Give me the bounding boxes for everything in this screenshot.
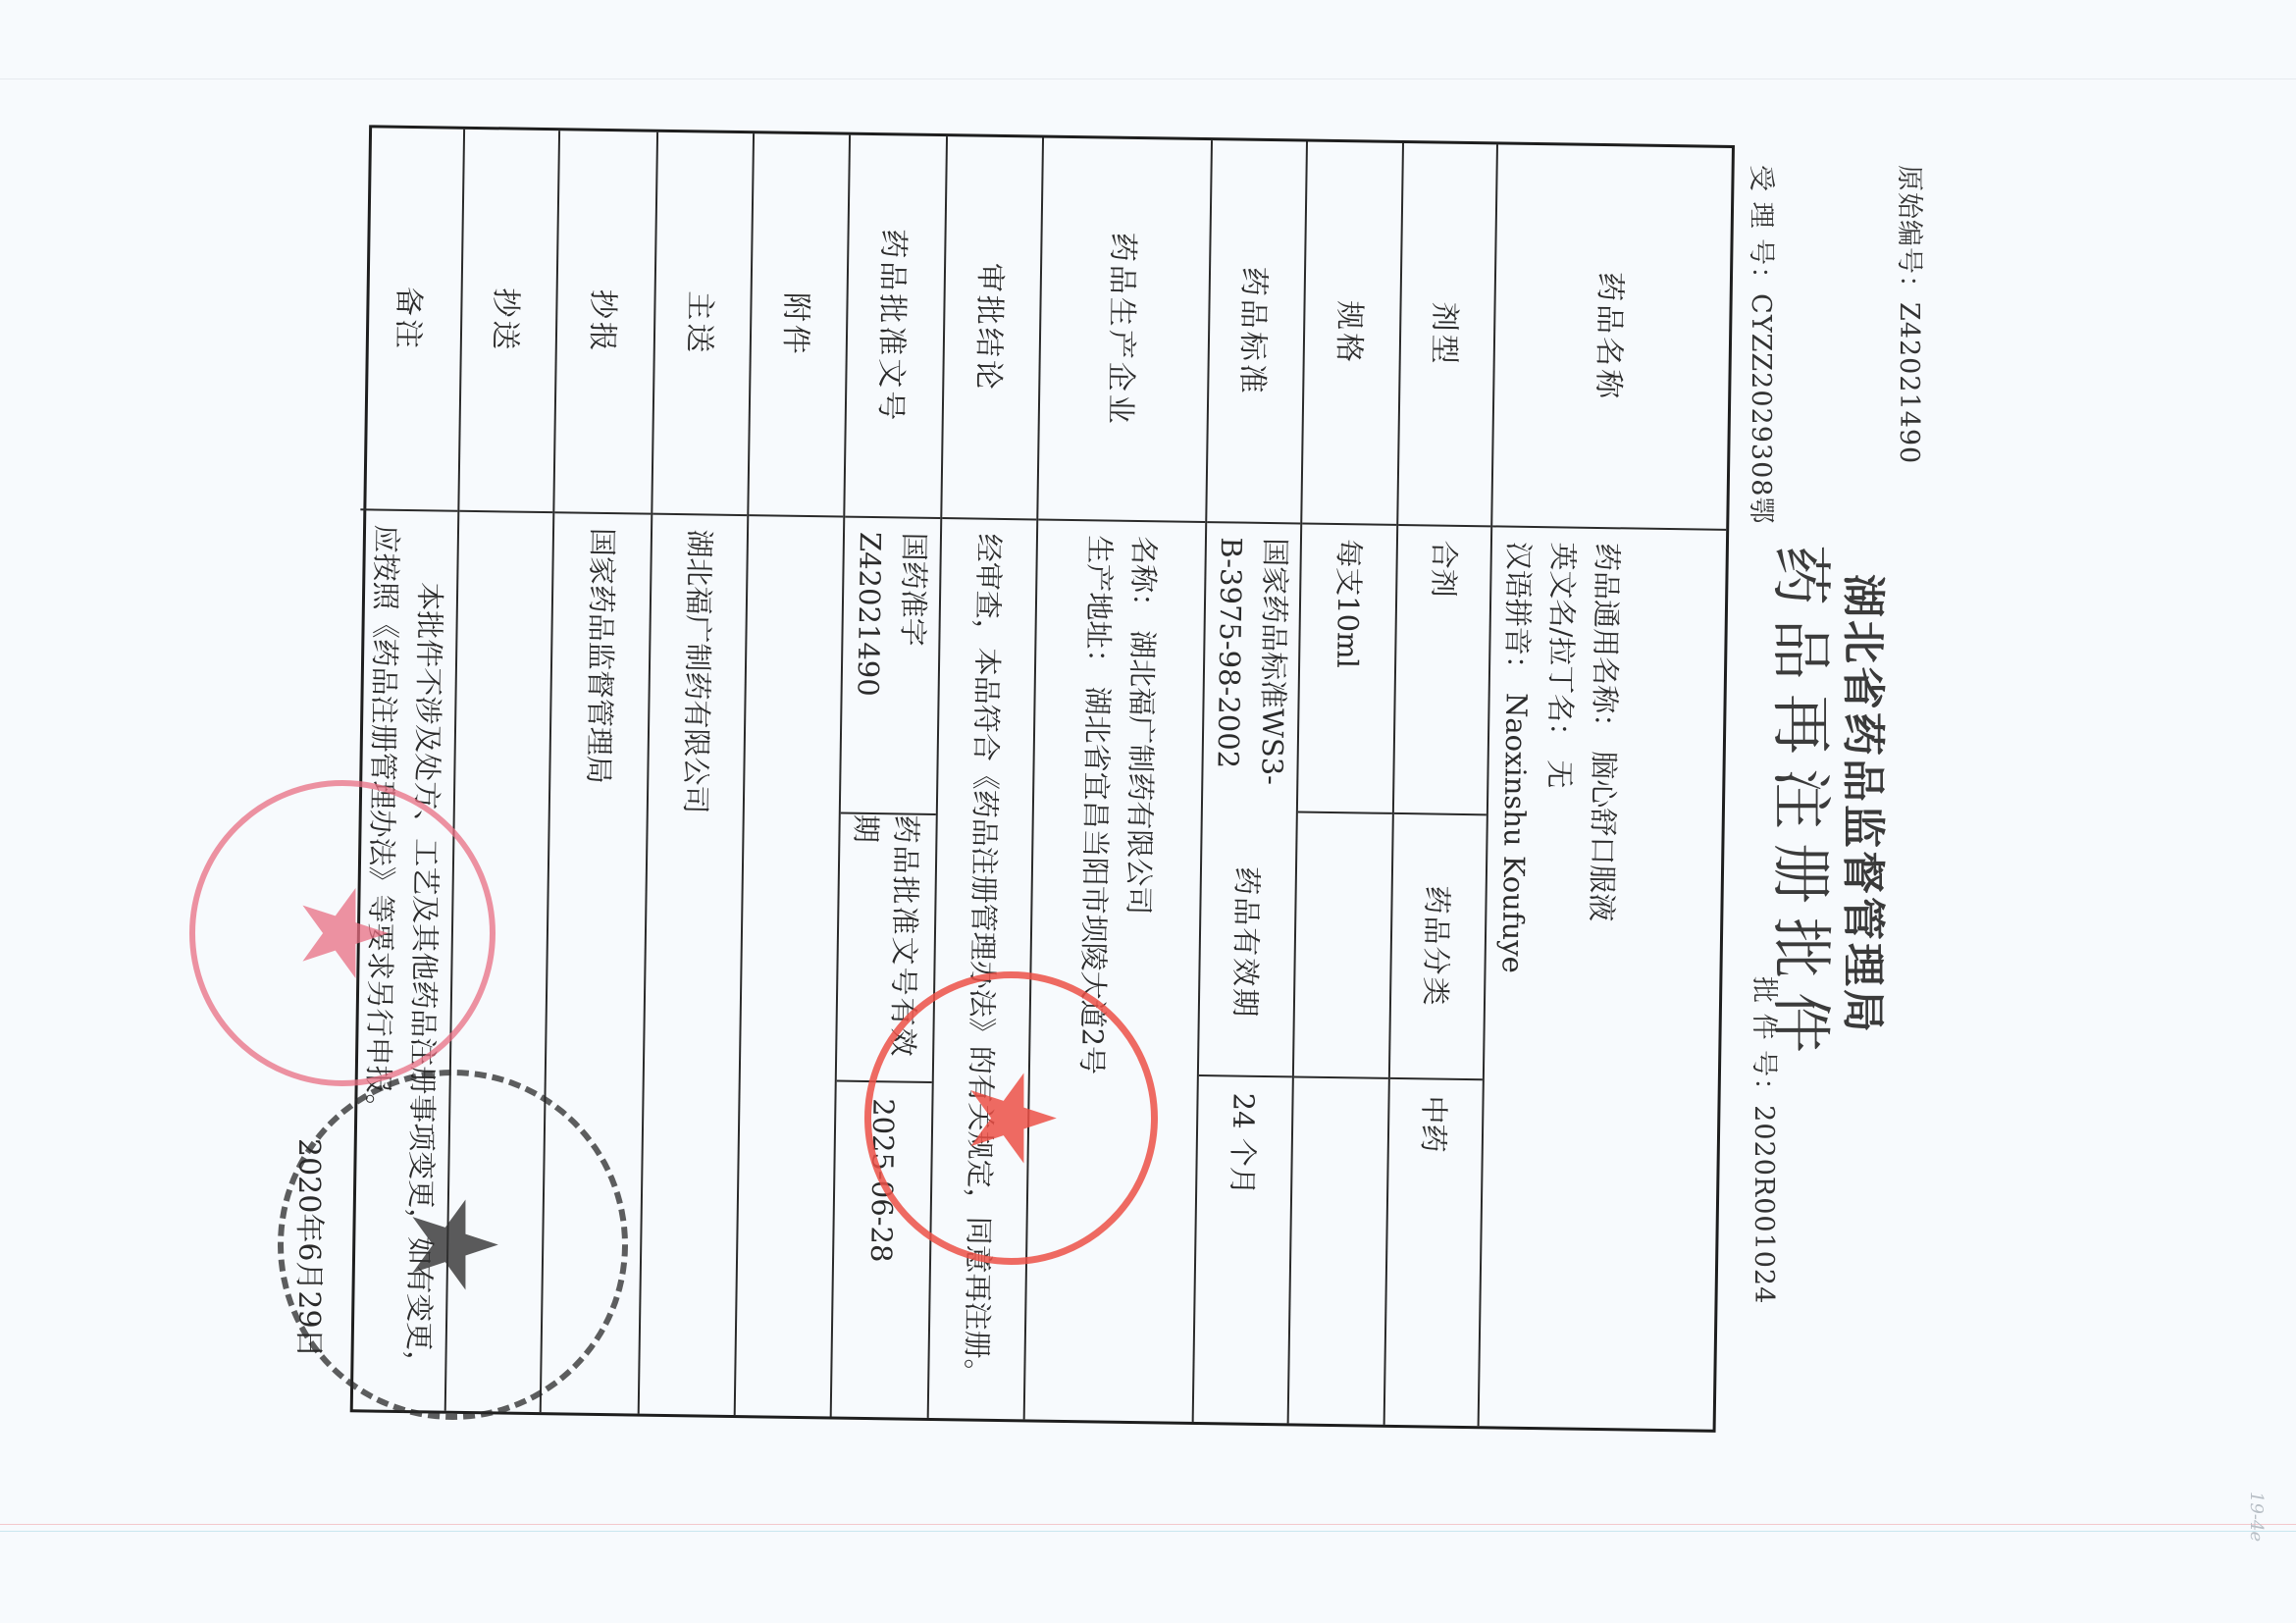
label-standard: 药品标准: [1207, 140, 1306, 524]
label-drug-category: 药品分类: [1390, 812, 1487, 1080]
value-dosage-form: 合剂: [1394, 526, 1490, 811]
category-continuation: [1294, 811, 1392, 1078]
star-icon: ★: [394, 1192, 512, 1298]
document-page: 湖北省药品监督管理局 药品再注册批件 原始编号：Z42021490 受 理 号：…: [0, 0, 2296, 1623]
value-approval-doc: 国药准字Z42021490: [841, 518, 940, 804]
label-drug-name: 药品名称: [1492, 144, 1732, 530]
acceptance-number-value: CYZZ2029308鄂: [1746, 293, 1776, 524]
label-remarks: 备注: [360, 128, 463, 511]
margin-note: 19-4e: [2246, 1492, 2267, 1542]
value-manufacturer: 名称： 湖北福广制药有限公司 生产地址： 湖北省宜昌当阳市坝陵大道2号: [1025, 521, 1206, 1422]
approval-doc-text: 国药准字Z42021490: [845, 532, 937, 804]
label-approval-doc: 药品批准文号: [845, 135, 946, 519]
scan-edge-line: [0, 1531, 2296, 1532]
distributor-seal: ★: [189, 780, 496, 1086]
star-icon: ★: [953, 1066, 1070, 1172]
acceptance-number-label: 受 理 号：: [1746, 165, 1776, 293]
value-specification: 每支10ml: [1298, 525, 1396, 811]
value-drug-name: 药品通用名称： 脑心舒口服液 英文名/拉丁名： 无 汉语拼音： Naoxinsh…: [1480, 527, 1727, 1429]
value-attachment: [736, 516, 844, 1416]
specification-text: 每支10ml: [1323, 539, 1371, 811]
dosage-form-text: 合剂: [1418, 540, 1466, 811]
value-main-recipient: 湖北福广制药有限公司: [640, 515, 748, 1415]
approval-number-label: 批 件 号：: [1748, 976, 1779, 1105]
manufacturer-seal: ★: [864, 971, 1158, 1265]
value-validity: 24 个月: [1194, 1076, 1292, 1423]
row-drug-name: 药品名称 药品通用名称： 脑心舒口服液 英文名/拉丁名： 无 汉语拼音： Nao…: [1480, 144, 1732, 1429]
label-attachment: 附件: [749, 133, 849, 517]
label-main-recipient: 主送: [652, 132, 753, 516]
label-conclusion: 审批结论: [942, 136, 1042, 520]
row-specification: 规格 每支10ml: [1289, 142, 1404, 1425]
row-standard: 药品标准 国家药品标准WS3-B-3975-98-2002 药品有效期 24 个…: [1194, 140, 1308, 1423]
label-validity: 药品有效期: [1199, 810, 1296, 1077]
star-icon: ★: [284, 880, 401, 986]
label-dosage-form: 剂型: [1398, 143, 1496, 527]
row-attachment: 附件: [736, 133, 851, 1416]
original-number: 原始编号：Z42021490: [1893, 165, 1931, 464]
label-specification: 规格: [1302, 142, 1402, 526]
original-number-value: Z42021490: [1894, 302, 1924, 464]
label-copy-to: 抄送: [459, 130, 558, 513]
row-main-recipient: 主送 湖北福广制药有限公司: [640, 132, 755, 1415]
label-manufacturer: 药品生产企业: [1038, 138, 1211, 523]
label-report-to: 抄报: [554, 131, 656, 514]
value-standard: 国家药品标准WS3-B-3975-98-2002: [1203, 523, 1300, 809]
acceptance-number: 受 理 号：CYZZ2029308鄂: [1745, 165, 1783, 524]
agency-seal: ★: [278, 1070, 628, 1420]
value-drug-category: 中药: [1385, 1079, 1483, 1426]
scan-edge-line: [0, 1524, 2296, 1525]
approval-number: 批 件 号：2020R001024: [1748, 976, 1786, 1304]
scan-edge-line: [0, 79, 2296, 79]
row-dosage-form: 剂型 合剂 药品分类 中药: [1385, 143, 1498, 1426]
approval-number-value: 2020R001024: [1748, 1105, 1779, 1304]
main-recipient-text: 湖北福广制药有限公司: [664, 529, 721, 1415]
standard-text: 国家药品标准WS3-B-3975-98-2002: [1205, 537, 1297, 809]
original-number-label: 原始编号：: [1894, 165, 1924, 302]
value-conclusion: 经审查，本品符合《药品注册管理办法》的有关规定，同意再注册。: [929, 519, 1037, 1419]
